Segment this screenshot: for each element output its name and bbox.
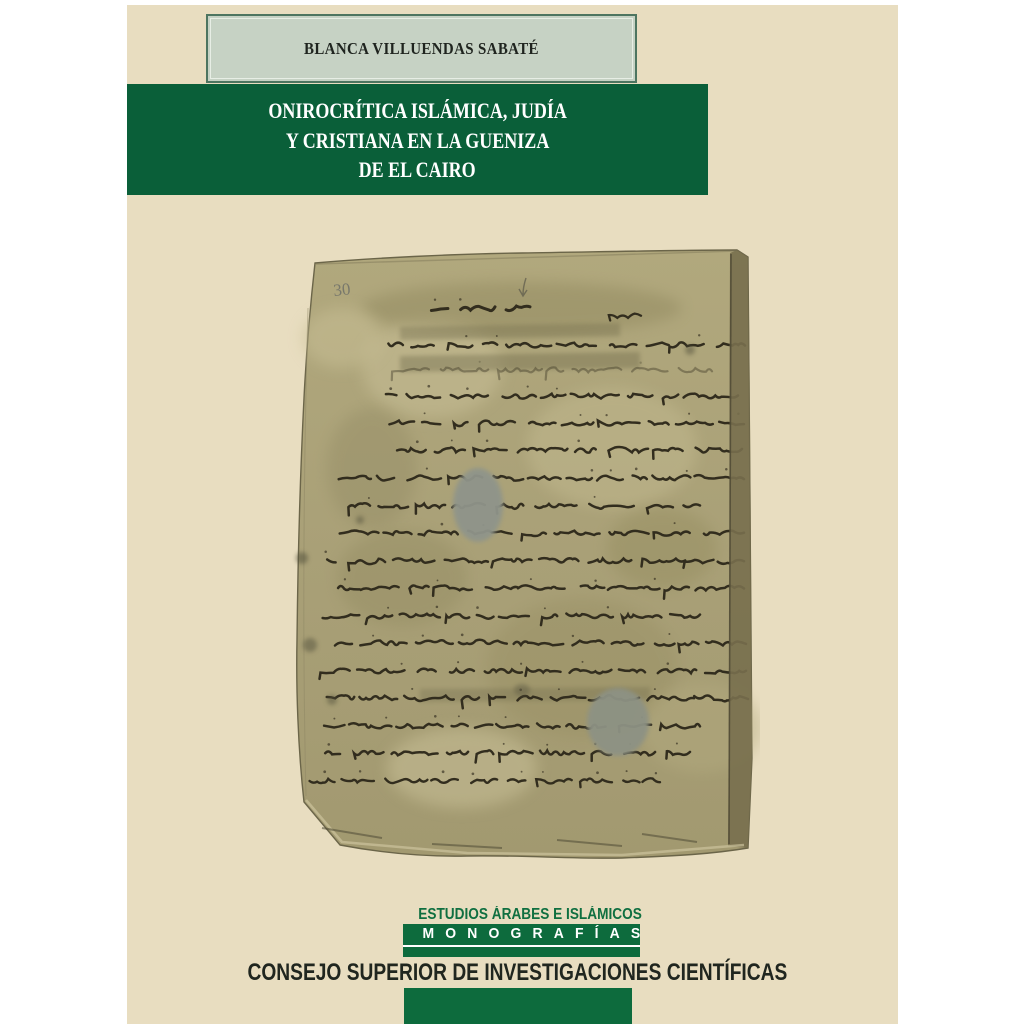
book-cover: BLANCA VILLUENDAS SABATÉ ONIROCRÍTICA IS…: [127, 5, 898, 1024]
series-subtitle: MONOGRAFÍAS: [411, 924, 631, 944]
manuscript-illustration: 30: [282, 248, 760, 892]
title-band: ONIROCRÍTICA ISLÁMICA, JUDÍA Y CRISTIANA…: [127, 84, 708, 195]
book-title-line-2: Y CRISTIANA EN LA GUENIZA: [127, 126, 708, 156]
series-subtitle-band: MONOGRAFÍAS: [403, 924, 640, 957]
binding-edge: [728, 250, 752, 848]
book-title-line-3: DE EL CAIRO: [127, 155, 708, 185]
book-title-line-1: ONIROCRÍTICA ISLÁMICA, JUDÍA: [127, 96, 708, 126]
book-cover-page: BLANCA VILLUENDAS SABATÉ ONIROCRÍTICA IS…: [0, 0, 1024, 1024]
publisher-name: CONSEJO SUPERIOR DE INVESTIGACIONES CIEN…: [132, 958, 903, 988]
folio-number-annotation: 30: [332, 279, 351, 300]
author-name: BLANCA VILLUENDAS SABATÉ: [304, 39, 539, 59]
manuscript-photo: 30: [282, 248, 760, 892]
bottom-band: [404, 988, 632, 1024]
series-title: ESTUDIOS ÁRABES E ISLÁMICOS: [403, 906, 640, 924]
author-box: BLANCA VILLUENDAS SABATÉ: [206, 14, 637, 83]
series-divider: [403, 945, 640, 947]
